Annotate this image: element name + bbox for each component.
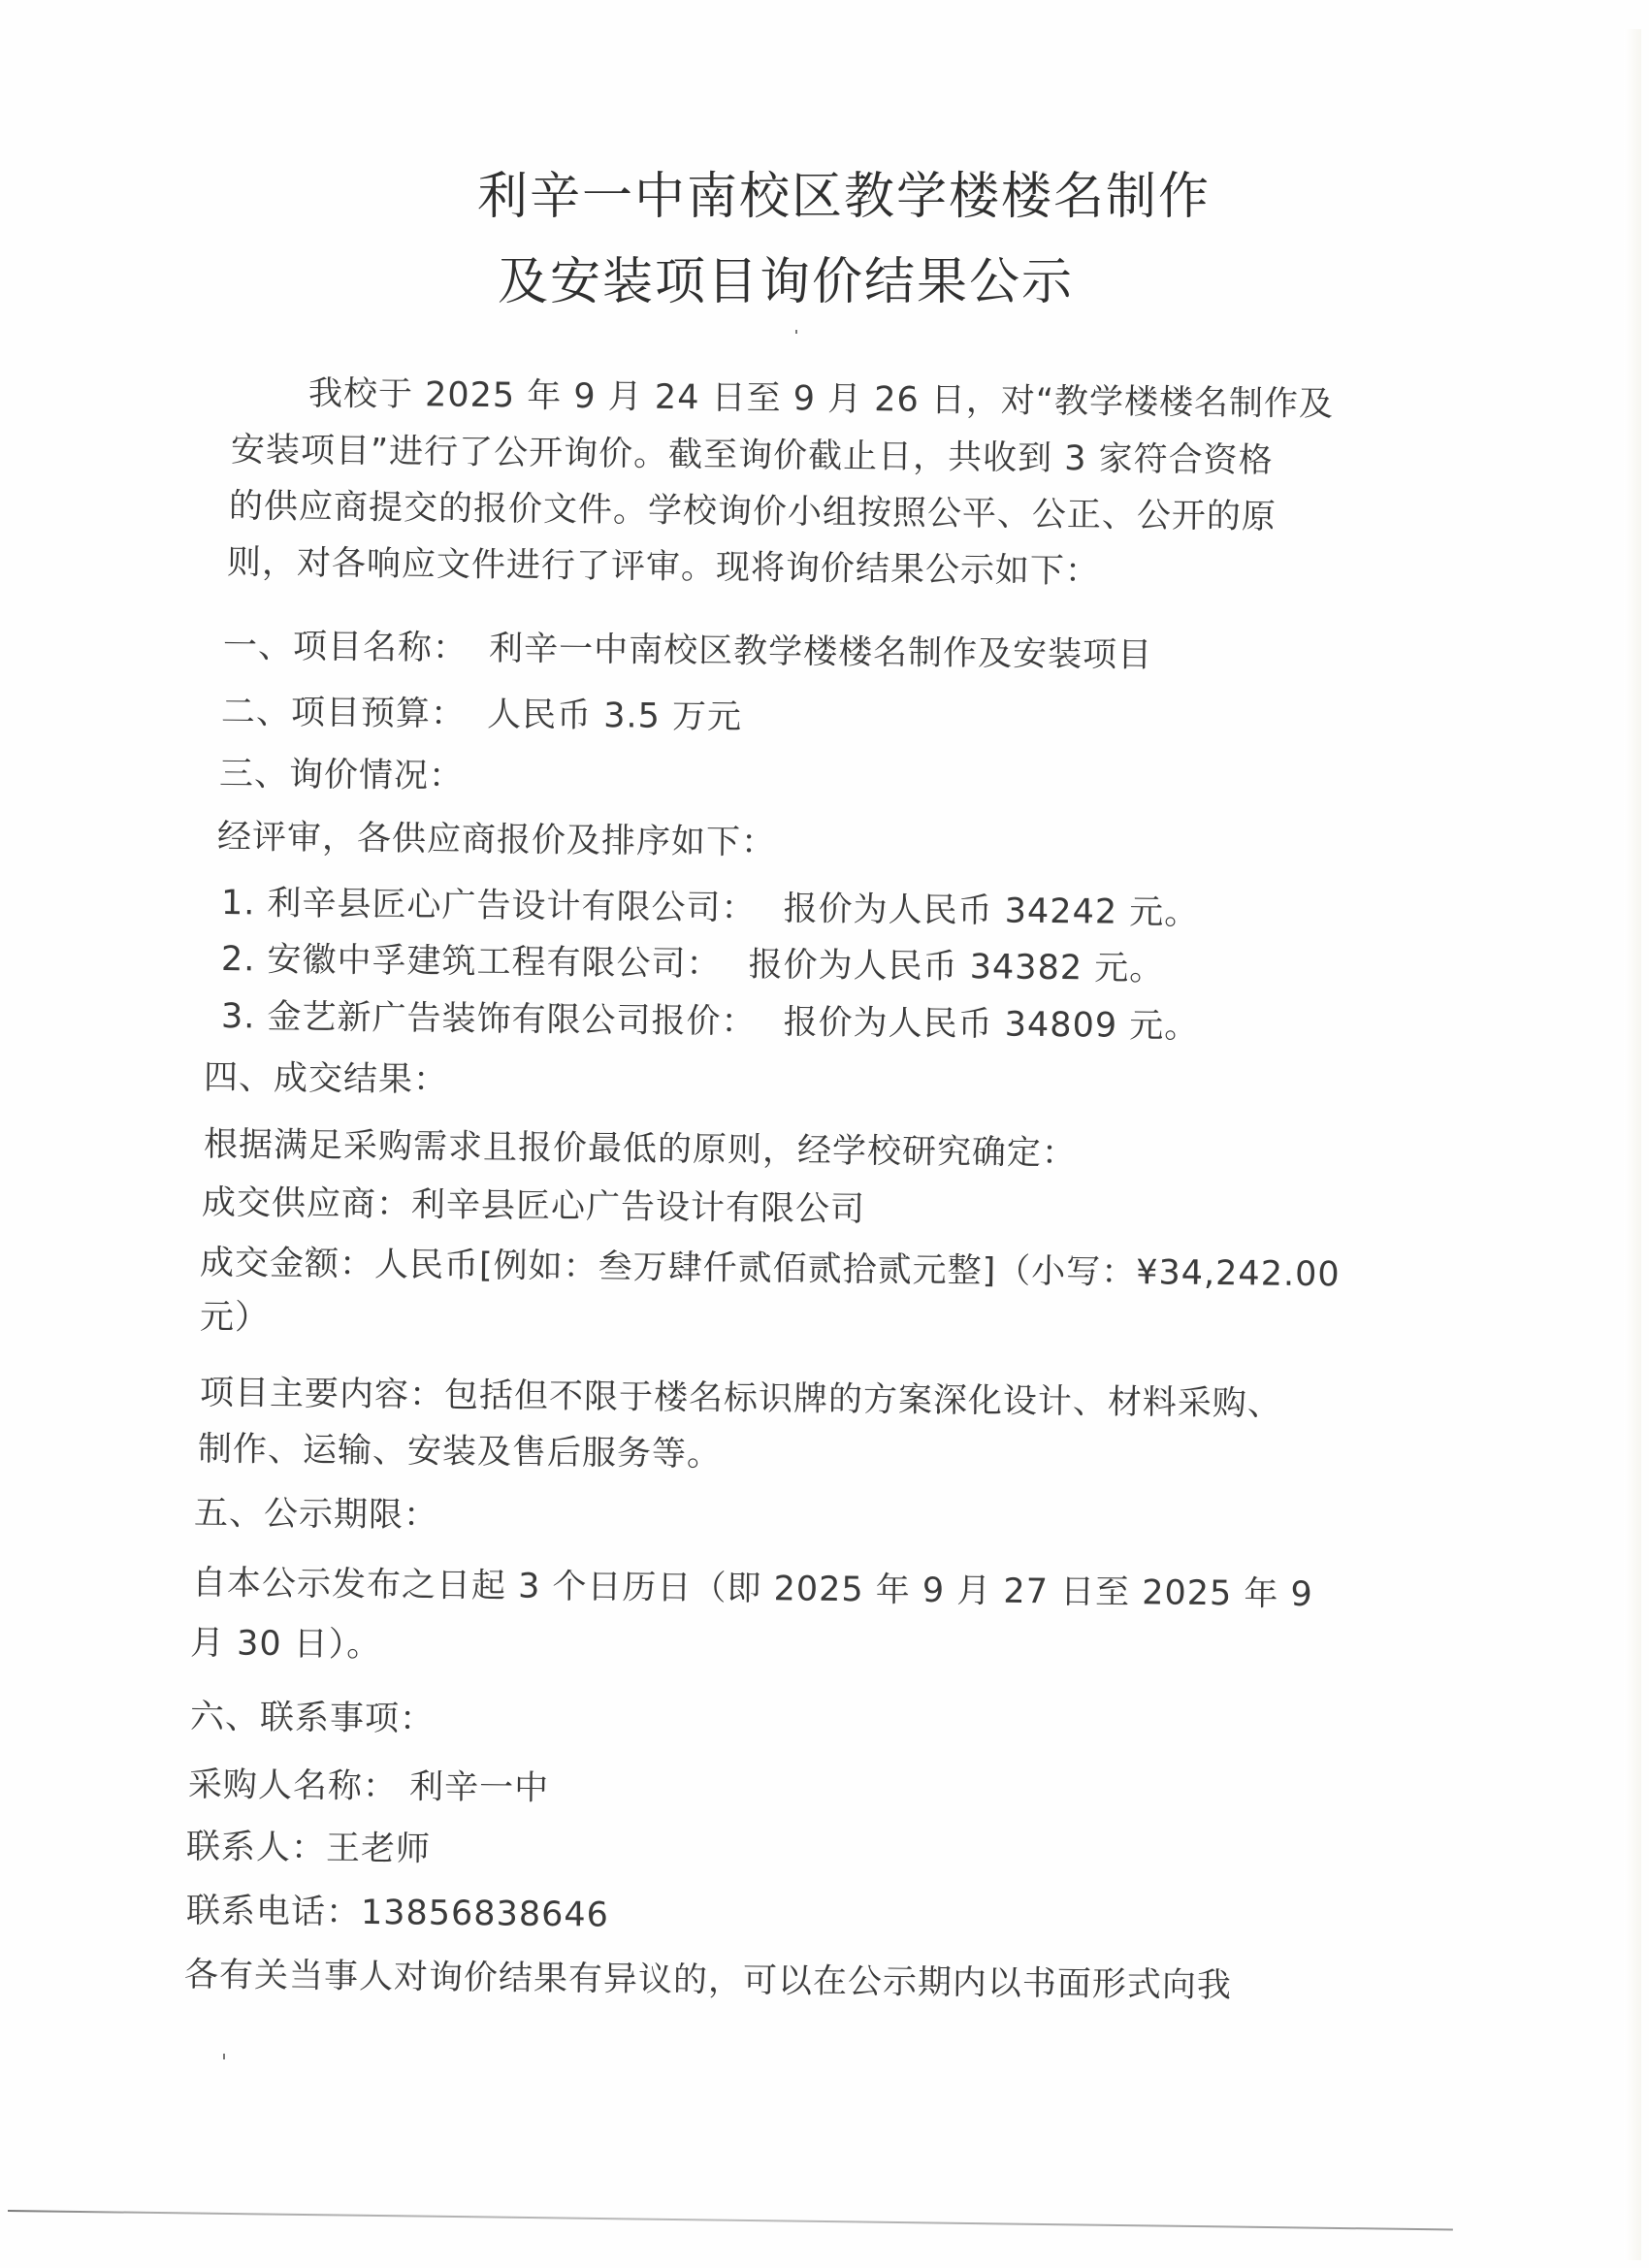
bid-row-1: 1. 利辛县匠心广告设计有限公司： 报价为人民币 34242 元。 <box>221 876 1200 935</box>
project-budget: 人民币 3.5 万元 <box>487 696 742 737</box>
intro-line-4: 则，对各响应文件进行了评审。现将询价结果公示如下： <box>227 535 1100 593</box>
scan-speck <box>795 330 797 334</box>
award-basis: 根据满足采购需求且报价最低的原则，经学校研究确定： <box>204 1118 1077 1175</box>
notice-period-line1: 自本公示发布之日起 3 个日历日（即 2025 年 9 月 27 日至 2025… <box>192 1556 1313 1616</box>
bid-supplier: 安徽中孚建筑工程有限公司： <box>267 940 721 984</box>
page-bottom-edge-line <box>8 2210 1453 2231</box>
section1-row: 一、项目名称： 利辛一中南校区教学楼楼名制作及安装项目 <box>223 619 1153 677</box>
contact-person: 联系人：王老师 <box>186 1820 432 1871</box>
bid-row-2: 2. 安徽中孚建筑工程有限公司： 报价为人民币 34382 元。 <box>221 932 1165 990</box>
project-content-line1: 项目主要内容：包括但不限于楼名标识牌的方案深化设计、材料采购、 <box>200 1366 1282 1426</box>
page-edge-shadow <box>1624 29 1641 2260</box>
section6-label: 六、联系事项： <box>190 1690 436 1741</box>
section3-label: 三、询价情况： <box>219 747 465 798</box>
project-name: 利辛一中南校区教学楼楼名制作及安装项目 <box>489 630 1152 675</box>
section2-row: 二、项目预算： 人民币 3.5 万元 <box>221 685 743 739</box>
intro-line-2: 安装项目”进行了公开询价。截至询价截止日，共收到 3 家符合资格 <box>231 423 1274 482</box>
bid-supplier: 金艺新广告装饰有限公司报价： <box>267 997 756 1041</box>
award-amount-line2: 元） <box>200 1290 271 1340</box>
bid-price: 报价为人民币 34242 元。 <box>783 890 1199 932</box>
intro-line-3: 的供应商提交的报价文件。学校询价小组按照公平、公正、公开的原 <box>229 479 1277 538</box>
bid-rank: 3. <box>221 997 256 1036</box>
award-amount-line1: 成交金额：人民币[例如：叁万肆仟贰佰贰拾贰元整]（小写：¥34,242.00 <box>200 1236 1341 1296</box>
winning-supplier: 成交供应商：利辛县匠心广告设计有限公司 <box>202 1176 866 1231</box>
document-title-line2: 及安装项目询价结果公示 <box>0 241 1610 313</box>
bid-price: 报价为人民币 34382 元。 <box>748 946 1164 988</box>
contact-phone: 联系电话：13856838646 <box>186 1884 609 1937</box>
section1-label: 一、项目名称： <box>223 627 468 668</box>
bid-price: 报价为人民币 34809 元。 <box>783 1003 1199 1046</box>
bid-rank: 2. <box>221 940 256 979</box>
bid-rank: 1. <box>221 884 256 923</box>
scanned-page: 利辛一中南校区教学楼楼名制作 及安装项目询价结果公示 我校于 2025 年 9 … <box>0 0 1649 2268</box>
section3-lead: 经评审，各供应商报价及排序如下： <box>217 810 777 864</box>
scan-speck <box>223 2054 225 2059</box>
project-content-line2: 制作、运输、安装及售后服务等。 <box>198 1422 723 1476</box>
notice-period-line2: 月 30 日）。 <box>190 1616 382 1667</box>
section2-label: 二、项目预算： <box>221 693 466 734</box>
intro-line-1: 我校于 2025 年 9 月 24 日至 9 月 26 日，对“教学楼楼名制作及 <box>308 367 1335 426</box>
bid-supplier: 利辛县匠心广告设计有限公司： <box>267 884 756 927</box>
objection-notice: 各有关当事人对询价结果有异议的，可以在公示期内以书面形式向我 <box>184 1948 1232 2007</box>
section5-label: 五、公示期限： <box>194 1486 439 1538</box>
purchaser-name: 采购人名称： 利辛一中 <box>188 1758 550 1810</box>
section4-label: 四、成交结果： <box>204 1051 449 1102</box>
document-title-line1: 利辛一中南校区教学楼楼名制作 <box>19 155 1649 228</box>
bid-row-3: 3. 金艺新广告装饰有限公司报价： 报价为人民币 34809 元。 <box>221 989 1200 1049</box>
